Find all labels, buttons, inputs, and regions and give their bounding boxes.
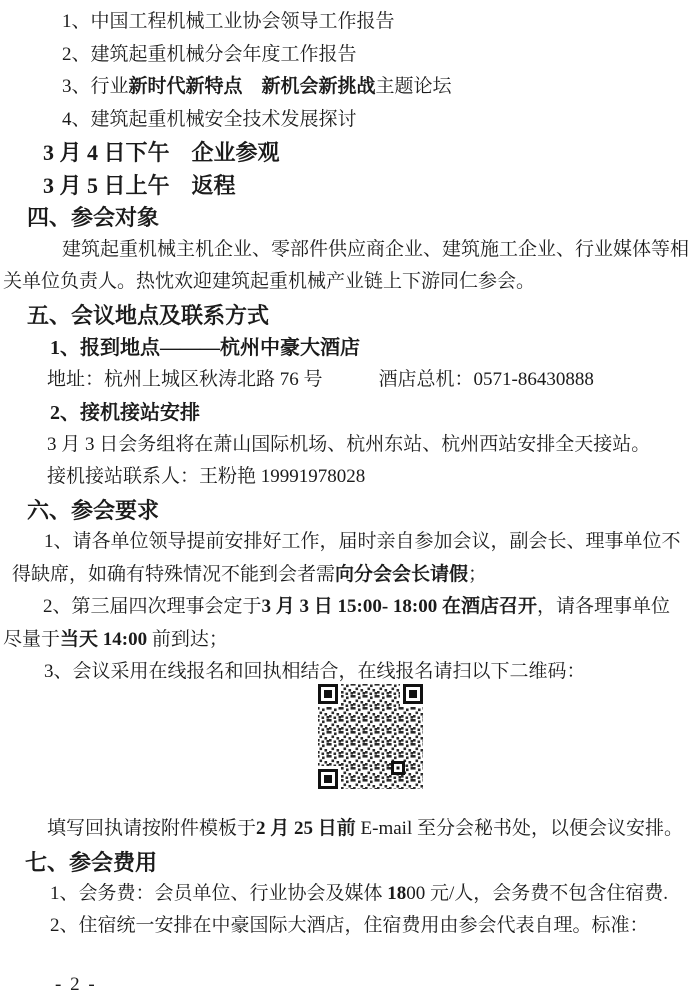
requirement-2-meeting-time: 3 月 3 日 15:00- 18:00 在酒店召开 (262, 596, 537, 617)
agenda-march-5: 3 月 5 日上午 返程 (43, 173, 236, 199)
section-5-heading: 五、会议地点及联系方式 (27, 303, 269, 329)
fee-item-1-suffix: 元/人，会务费不包含住宿费. (425, 883, 668, 904)
fee-item-1: 1、会务费：会员单位、行业协会及媒体 1800 元/人，会务费不包含住宿费. (50, 883, 668, 905)
hotel-address-line: 地址：杭州上城区秋涛北路 76 号酒店总机：0571-86430888 (47, 369, 594, 391)
pickup-contact: 接机接站联系人：王粉艳 19991978028 (47, 466, 365, 488)
requirement-1-line-2-prefix: 得缺席，如确有特殊情况不能到会者需 (12, 564, 335, 585)
pickup-detail: 3 月 3 日会务组将在萧山国际机场、杭州东站、杭州西站安排全天接站。 (47, 434, 650, 456)
hotel-phone: 酒店总机：0571-86430888 (379, 369, 594, 390)
requirement-2-arrival-time: 当天 14:00 (60, 629, 147, 650)
qr-finder-top-left (318, 684, 338, 704)
section-6-heading: 六、参会要求 (27, 498, 159, 524)
fee-amount-bold: 18 (387, 883, 406, 904)
document-page: 1、中国工程机械工业协会领导工作报告 2、建筑起重机械分会年度工作报告 3、行业… (0, 0, 700, 1007)
section-7-heading: 七、参会费用 (25, 850, 157, 876)
pickup-heading: 2、接机接站安排 (50, 401, 200, 425)
requirement-1-leave-note: 向分会会长请假 (335, 564, 468, 585)
reply-instruction-suffix: E-mail 至分会秘书处，以便会议安排。 (356, 818, 683, 839)
requirement-2-prefix: 2、第三届四次理事会定于 (43, 596, 262, 617)
qr-finder-bottom-left (318, 769, 338, 789)
agenda-march-4: 3 月 4 日下午 企业参观 (43, 140, 280, 166)
section-4-body-line-1: 建筑起重机械主机企业、零部件供应商企业、建筑施工企业、行业媒体等相 (62, 239, 689, 261)
agenda-item-3-suffix: 主题论坛 (376, 76, 452, 97)
fee-item-2: 2、住宿统一安排在中豪国际大酒店，住宿费用由参会代表自理。标准： (50, 915, 649, 937)
requirement-1-line-2-suffix: ； (468, 564, 487, 585)
agenda-item-3-topic: 新时代新特点 新机会新挑战 (129, 76, 376, 97)
section-4-heading: 四、参会对象 (27, 205, 159, 231)
hotel-address: 地址：杭州上城区秋涛北路 76 号 (47, 369, 323, 390)
section-4-body-line-2: 关单位负责人。热忱欢迎建筑起重机械产业链上下游同仁参会。 (3, 271, 535, 293)
agenda-item-4: 4、建筑起重机械安全技术发展探讨 (62, 109, 357, 131)
requirement-2-line-2-prefix: 尽量于 (3, 629, 60, 650)
agenda-item-2: 2、建筑起重机械分会年度工作报告 (62, 44, 357, 66)
requirement-3: 3、会议采用在线报名和回执相结合，在线报名请扫以下二维码： (44, 661, 586, 683)
fee-item-1-prefix: 1、会务费：会员单位、行业协会及媒体 (50, 883, 387, 904)
requirement-2-suffix: ，请各理事单位 (537, 596, 670, 617)
agenda-item-1: 1、中国工程机械工业协会领导工作报告 (62, 11, 395, 33)
agenda-item-3-prefix: 3、行业 (62, 76, 129, 97)
fee-amount-rest: 00 (406, 883, 425, 904)
reply-deadline: 2 月 25 日前 (256, 818, 356, 839)
qr-alignment-square (391, 761, 405, 775)
checkin-location-heading: 1、报到地点———杭州中豪大酒店 (50, 336, 360, 360)
reply-instruction-prefix: 填写回执请按附件模板于 (47, 818, 256, 839)
reply-instruction: 填写回执请按附件模板于2 月 25 日前 E-mail 至分会秘书处，以便会议安… (47, 818, 683, 840)
requirement-2-line-2: 尽量于当天 14:00 前到达； (3, 629, 228, 651)
qr-finder-top-right (403, 684, 423, 704)
registration-qr-code-icon (317, 683, 424, 790)
requirement-2-line-1: 2、第三届四次理事会定于3 月 3 日 15:00- 18:00 在酒店召开，请… (43, 596, 670, 618)
page-number: - 2 - (55, 974, 97, 996)
requirement-2-line-2-suffix: 前到达； (147, 629, 228, 650)
requirement-1-line-2: 得缺席，如确有特殊情况不能到会者需向分会会长请假； (12, 564, 487, 586)
requirement-1-line-1: 1、请各单位领导提前安排好工作，届时亲自参加会议，副会长、理事单位不 (44, 531, 681, 553)
agenda-item-3: 3、行业新时代新特点 新机会新挑战主题论坛 (62, 76, 452, 98)
